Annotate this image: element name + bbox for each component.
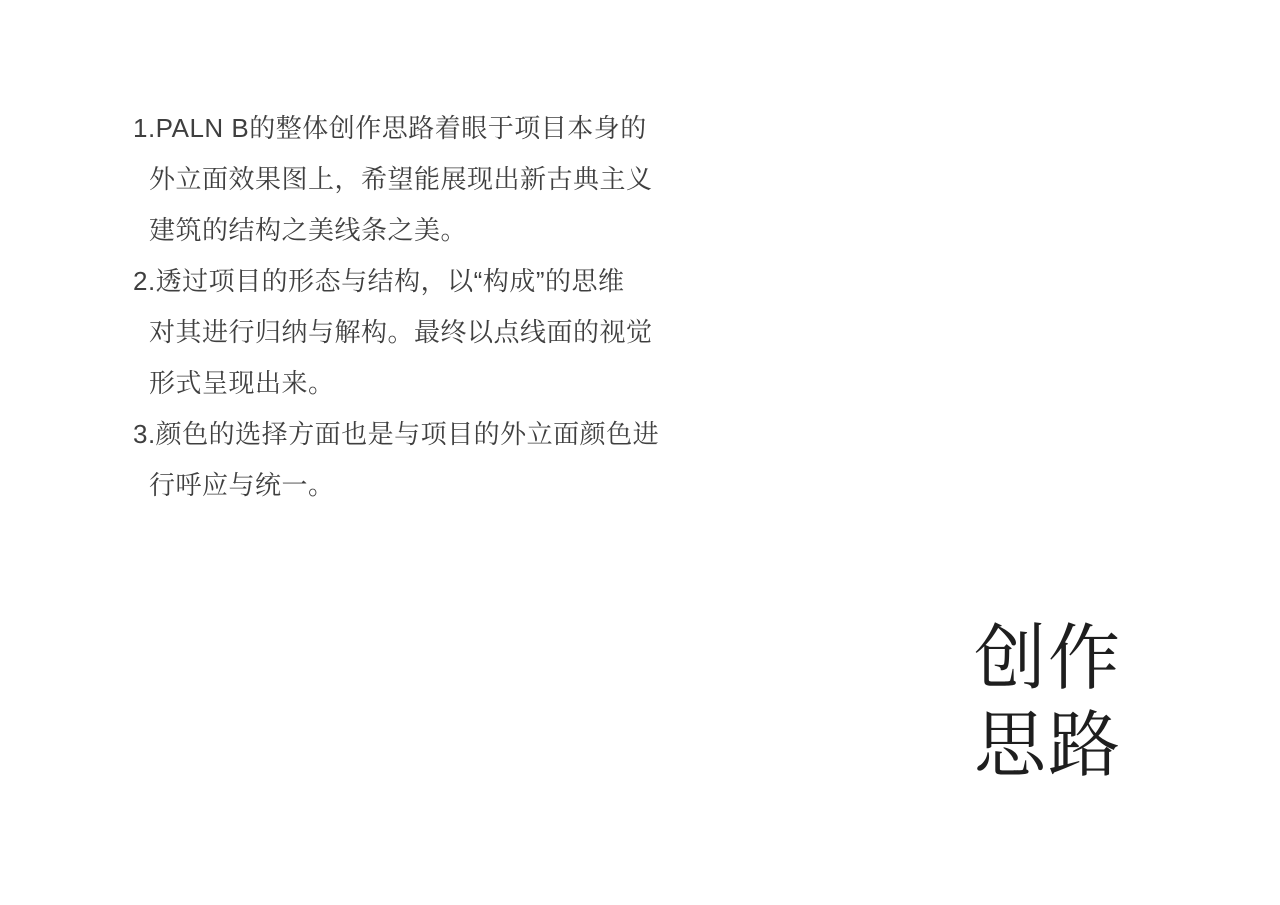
note-2-line-3: 形式呈现出来。 bbox=[133, 358, 693, 409]
note-1-line-3: 建筑的结构之美线条之美。 bbox=[133, 205, 693, 256]
note-1-line-1: 1.PALN B的整体创作思路着眼于项目本身的 bbox=[133, 103, 693, 154]
note-3-line-2: 行呼应与统一。 bbox=[133, 460, 693, 511]
note-item-2: 2.透过项目的形态与结构，以“构成”的思维 对其进行归纳与解构。最终以点线面的视… bbox=[133, 256, 693, 409]
page-title-line-1: 创作 bbox=[974, 616, 1122, 703]
note-2-line-2: 对其进行归纳与解构。最终以点线面的视觉 bbox=[133, 307, 693, 358]
creative-notes-list: 1.PALN B的整体创作思路着眼于项目本身的 外立面效果图上，希望能展现出新古… bbox=[133, 103, 693, 511]
note-item-3: 3.颜色的选择方面也是与项目的外立面颜色进 行呼应与统一。 bbox=[133, 409, 693, 511]
note-3-line-1: 3.颜色的选择方面也是与项目的外立面颜色进 bbox=[133, 409, 693, 460]
note-2-line-1: 2.透过项目的形态与结构，以“构成”的思维 bbox=[133, 256, 693, 307]
page-title-line-2: 思路 bbox=[974, 703, 1122, 790]
note-1-line-2: 外立面效果图上，希望能展现出新古典主义 bbox=[133, 154, 693, 205]
page-title: 创作 思路 bbox=[974, 616, 1122, 790]
note-item-1: 1.PALN B的整体创作思路着眼于项目本身的 外立面效果图上，希望能展现出新古… bbox=[133, 103, 693, 256]
